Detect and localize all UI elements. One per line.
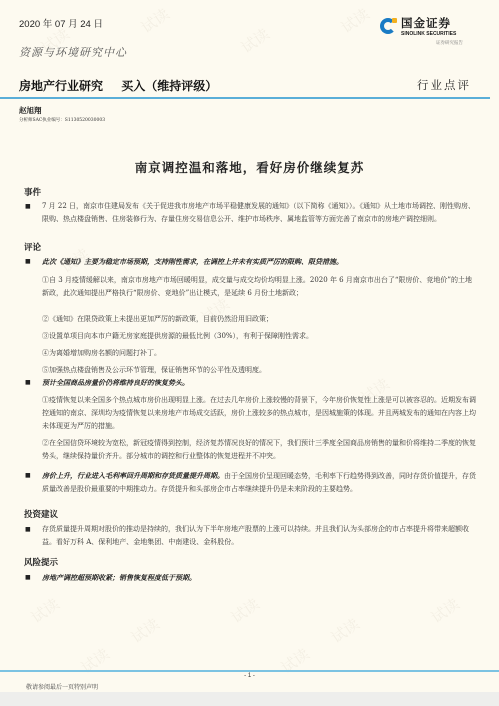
bullet-icon: ■	[25, 472, 31, 479]
comment-bullet-1-title: 此次《通知》主要为稳定市场预期，支持刚性需求，在调控上并未有实质严厉的限购、限贷…	[42, 255, 477, 268]
watermark-text: 试读	[337, 3, 374, 37]
watermark-text: 试读	[27, 593, 64, 627]
comment-b1-p1: ①自 3 月疫情缓解以来，南京市房地产市场回暖明显，成交量与成交均价均明显上涨。…	[42, 274, 477, 300]
header-divider	[0, 97, 490, 99]
watermark-text: 试读	[237, 23, 274, 57]
watermark-text: 试读	[427, 593, 464, 627]
footer-disclaimer: 敬请参阅最后一页特别声明	[26, 682, 98, 691]
industry-label: 房地产行业研究	[19, 79, 103, 93]
watermark-text: 试读	[227, 593, 264, 627]
invest-text: 存货质量提升周期对股价的推动是持续的，我们认为下半年房地产股票的上涨可以持续。并…	[42, 523, 477, 549]
analyst-id: 分析师SAC执业编号：S1130520030003	[19, 117, 105, 122]
logo-mark-icon	[380, 18, 396, 34]
section-heading-event: 事件	[24, 186, 41, 198]
watermark-text: 试读	[137, 3, 174, 37]
bullet-icon: ■	[25, 379, 31, 386]
comment-b1-p4: ④为离婚增加购房名额的问题打补丁。	[42, 347, 477, 360]
analyst-name: 赵旭翔	[19, 105, 42, 116]
bullet-icon: ■	[25, 258, 31, 265]
industry-rating-line: 房地产行业研究 买入（维持评级）	[19, 77, 231, 94]
bullet-icon: ■	[25, 574, 31, 581]
logo-cn: 国金证券	[401, 15, 456, 31]
section-heading-invest: 投资建议	[24, 508, 58, 520]
page-number: - 1 -	[0, 673, 499, 679]
bullet-icon: ■	[25, 203, 31, 210]
logo-en: SINOLINK SECURITIES	[401, 31, 456, 37]
event-text: 7 月 22 日，南京市住建局发布《关于促进我市房地产市场平稳健康发展的通知》（…	[42, 200, 477, 226]
company-logo: 国金证券 SINOLINK SECURITIES	[380, 15, 456, 37]
footer-divider	[0, 670, 499, 672]
watermark-text: 试读	[327, 613, 364, 647]
report-date: 2020 年 07 月 24 日	[19, 16, 103, 30]
research-center: 资源与环境研究中心	[19, 44, 127, 60]
comment-b2-p1: ①疫情恢复以来全国多个热点城市房价出现明显上涨。在过去几年房价上涨较慢的背景下，…	[42, 394, 477, 433]
report-type: 行业点评	[417, 77, 471, 93]
page-bottom-margin	[0, 692, 499, 706]
watermark-text: 试读	[127, 613, 164, 647]
comment-b2-p2: ②在全国信贷环境较为宽松，新冠疫情得到控制，经济复苏情况良好的情况下，我们预计三…	[42, 437, 477, 463]
comment-bullet-2-title: 预计全国商品房量价仍将维持良好的恢复势头。	[42, 376, 477, 389]
risk-text: 房地产调控超预期收紧；销售恢复程度低于预期。	[42, 571, 477, 584]
section-heading-risk: 风险提示	[24, 556, 58, 568]
bullet-icon: ■	[25, 526, 31, 533]
section-heading-comment: 评论	[24, 241, 41, 253]
logo-subtitle: 证券研究报告	[436, 40, 463, 46]
comment-b1-p2: ②《通知》在限贷政策上未提出更加严厉的新政策，目前仍然沿用旧政策；	[42, 313, 477, 326]
comment-bullet-3-title: 房价上升，行业进入毛利率回升周期和存货质量提升周期。	[42, 471, 224, 480]
comment-b1-p3: ③设置单项目向本市户籍无房家庭提供房源的最低比例（30%），有利于保障刚性需求。	[42, 330, 477, 343]
report-title: 南京调控温和落地，看好房价继续复苏	[0, 158, 499, 176]
comment-bullet-3: 房价上升，行业进入毛利率回升周期和存货质量提升周期。由于全国房价呈现回暖态势，毛…	[42, 469, 477, 496]
rating-label: 买入（维持评级）	[121, 79, 217, 93]
